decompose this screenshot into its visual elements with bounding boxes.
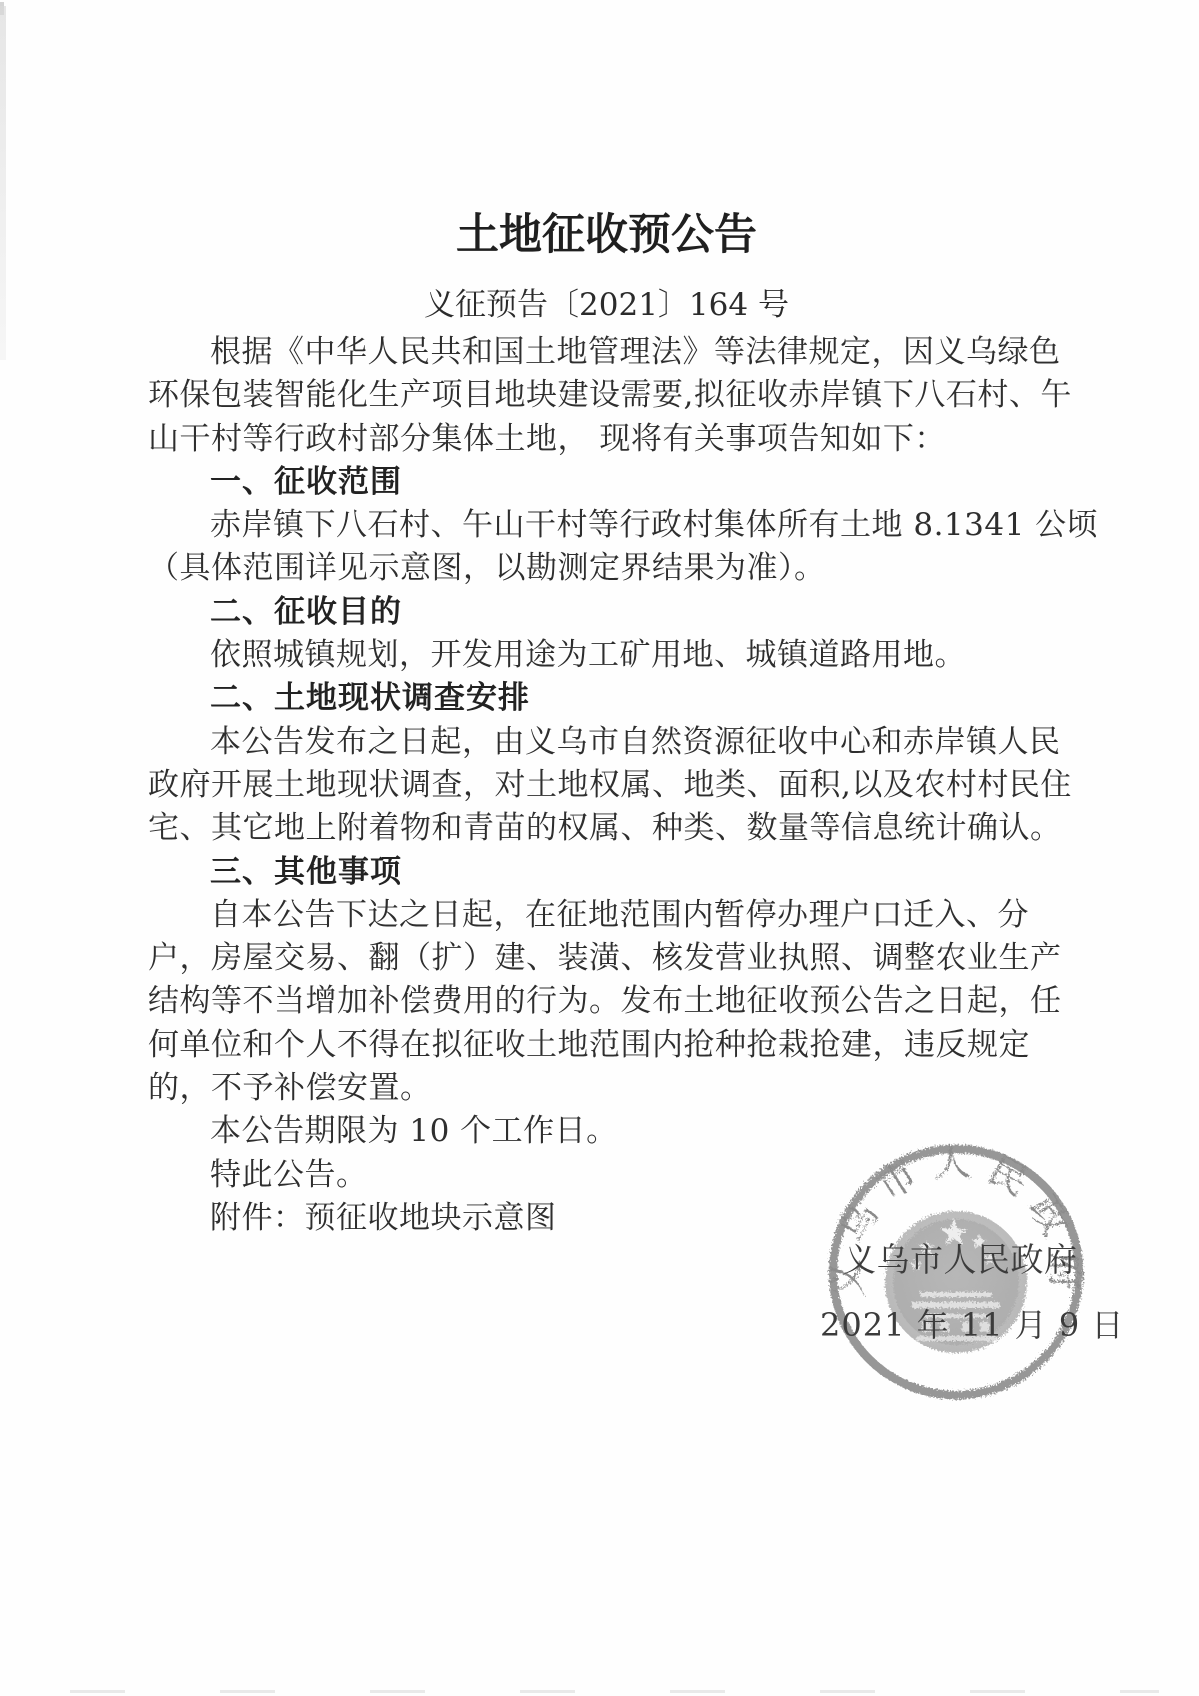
body-line: 赤岸镇下八石村、午山干村等行政村集体所有土地 8.1341 公顷 [148,504,1065,547]
body-line: 根据《中华人民共和国土地管理法》等法律规定，因义乌绿色 [148,331,1065,374]
issue-date: 2021 年 11 月 9 日 [820,1304,1124,1346]
section-heading: 二、土地现状调查安排 [148,677,1065,720]
body-line: 的，不予补偿安置。 [148,1067,1065,1110]
body-line: 结构等不当增加补偿费用的行为。发布土地征收预公告之日起，任 [148,980,1065,1023]
document-number: 义征预告〔2021〕164 号 [148,286,1065,324]
scan-artifact-left-edge [0,6,6,360]
body-line: 山干村等行政村部分集体土地， 现将有关事项告知如下： [148,418,1065,461]
section-heading: 三、其他事项 [148,851,1065,894]
body-line: 何单位和个人不得在拟征收土地范围内抢种抢栽抢建，违反规定 [148,1024,1065,1067]
section-heading: 一、征收范围 [148,461,1065,504]
body-line: 本公告发布之日起，由义乌市自然资源征收中心和赤岸镇人民 [148,721,1065,764]
document-body: 根据《中华人民共和国土地管理法》等法律规定，因义乌绿色环保包装智能化生产项目地块… [148,331,1065,1240]
body-line: 环保包装智能化生产项目地块建设需要,拟征收赤岸镇下八石村、午 [148,374,1065,417]
document-title: 土地征收预公告 [148,210,1065,260]
body-line: 政府开展土地现状调查，对土地权属、地类、面积,以及农村村民住 [148,764,1065,807]
body-line: 依照城镇规划，开发用途为工矿用地、城镇道路用地。 [148,634,1065,677]
body-line: 宅、其它地上附着物和青苗的权属、种类、数量等信息统计确认。 [148,807,1065,850]
body-line: 户，房屋交易、翻（扩）建、装潢、核发营业执照、调整农业生产 [148,937,1065,980]
section-heading: 二、征收目的 [148,591,1065,634]
scan-artifact-bottom-edge [70,1690,1159,1693]
document-page: 土地征收预公告 义征预告〔2021〕164 号 根据《中华人民共和国土地管理法》… [0,0,1199,1696]
body-line: 自本公告下达之日起，在征地范围内暂停办理户口迁入、分 [148,894,1065,937]
issuing-authority: 义乌市人民政府 [843,1239,1078,1281]
body-line: （具体范围详见示意图，以勘测定界结果为准）。 [148,547,1065,590]
